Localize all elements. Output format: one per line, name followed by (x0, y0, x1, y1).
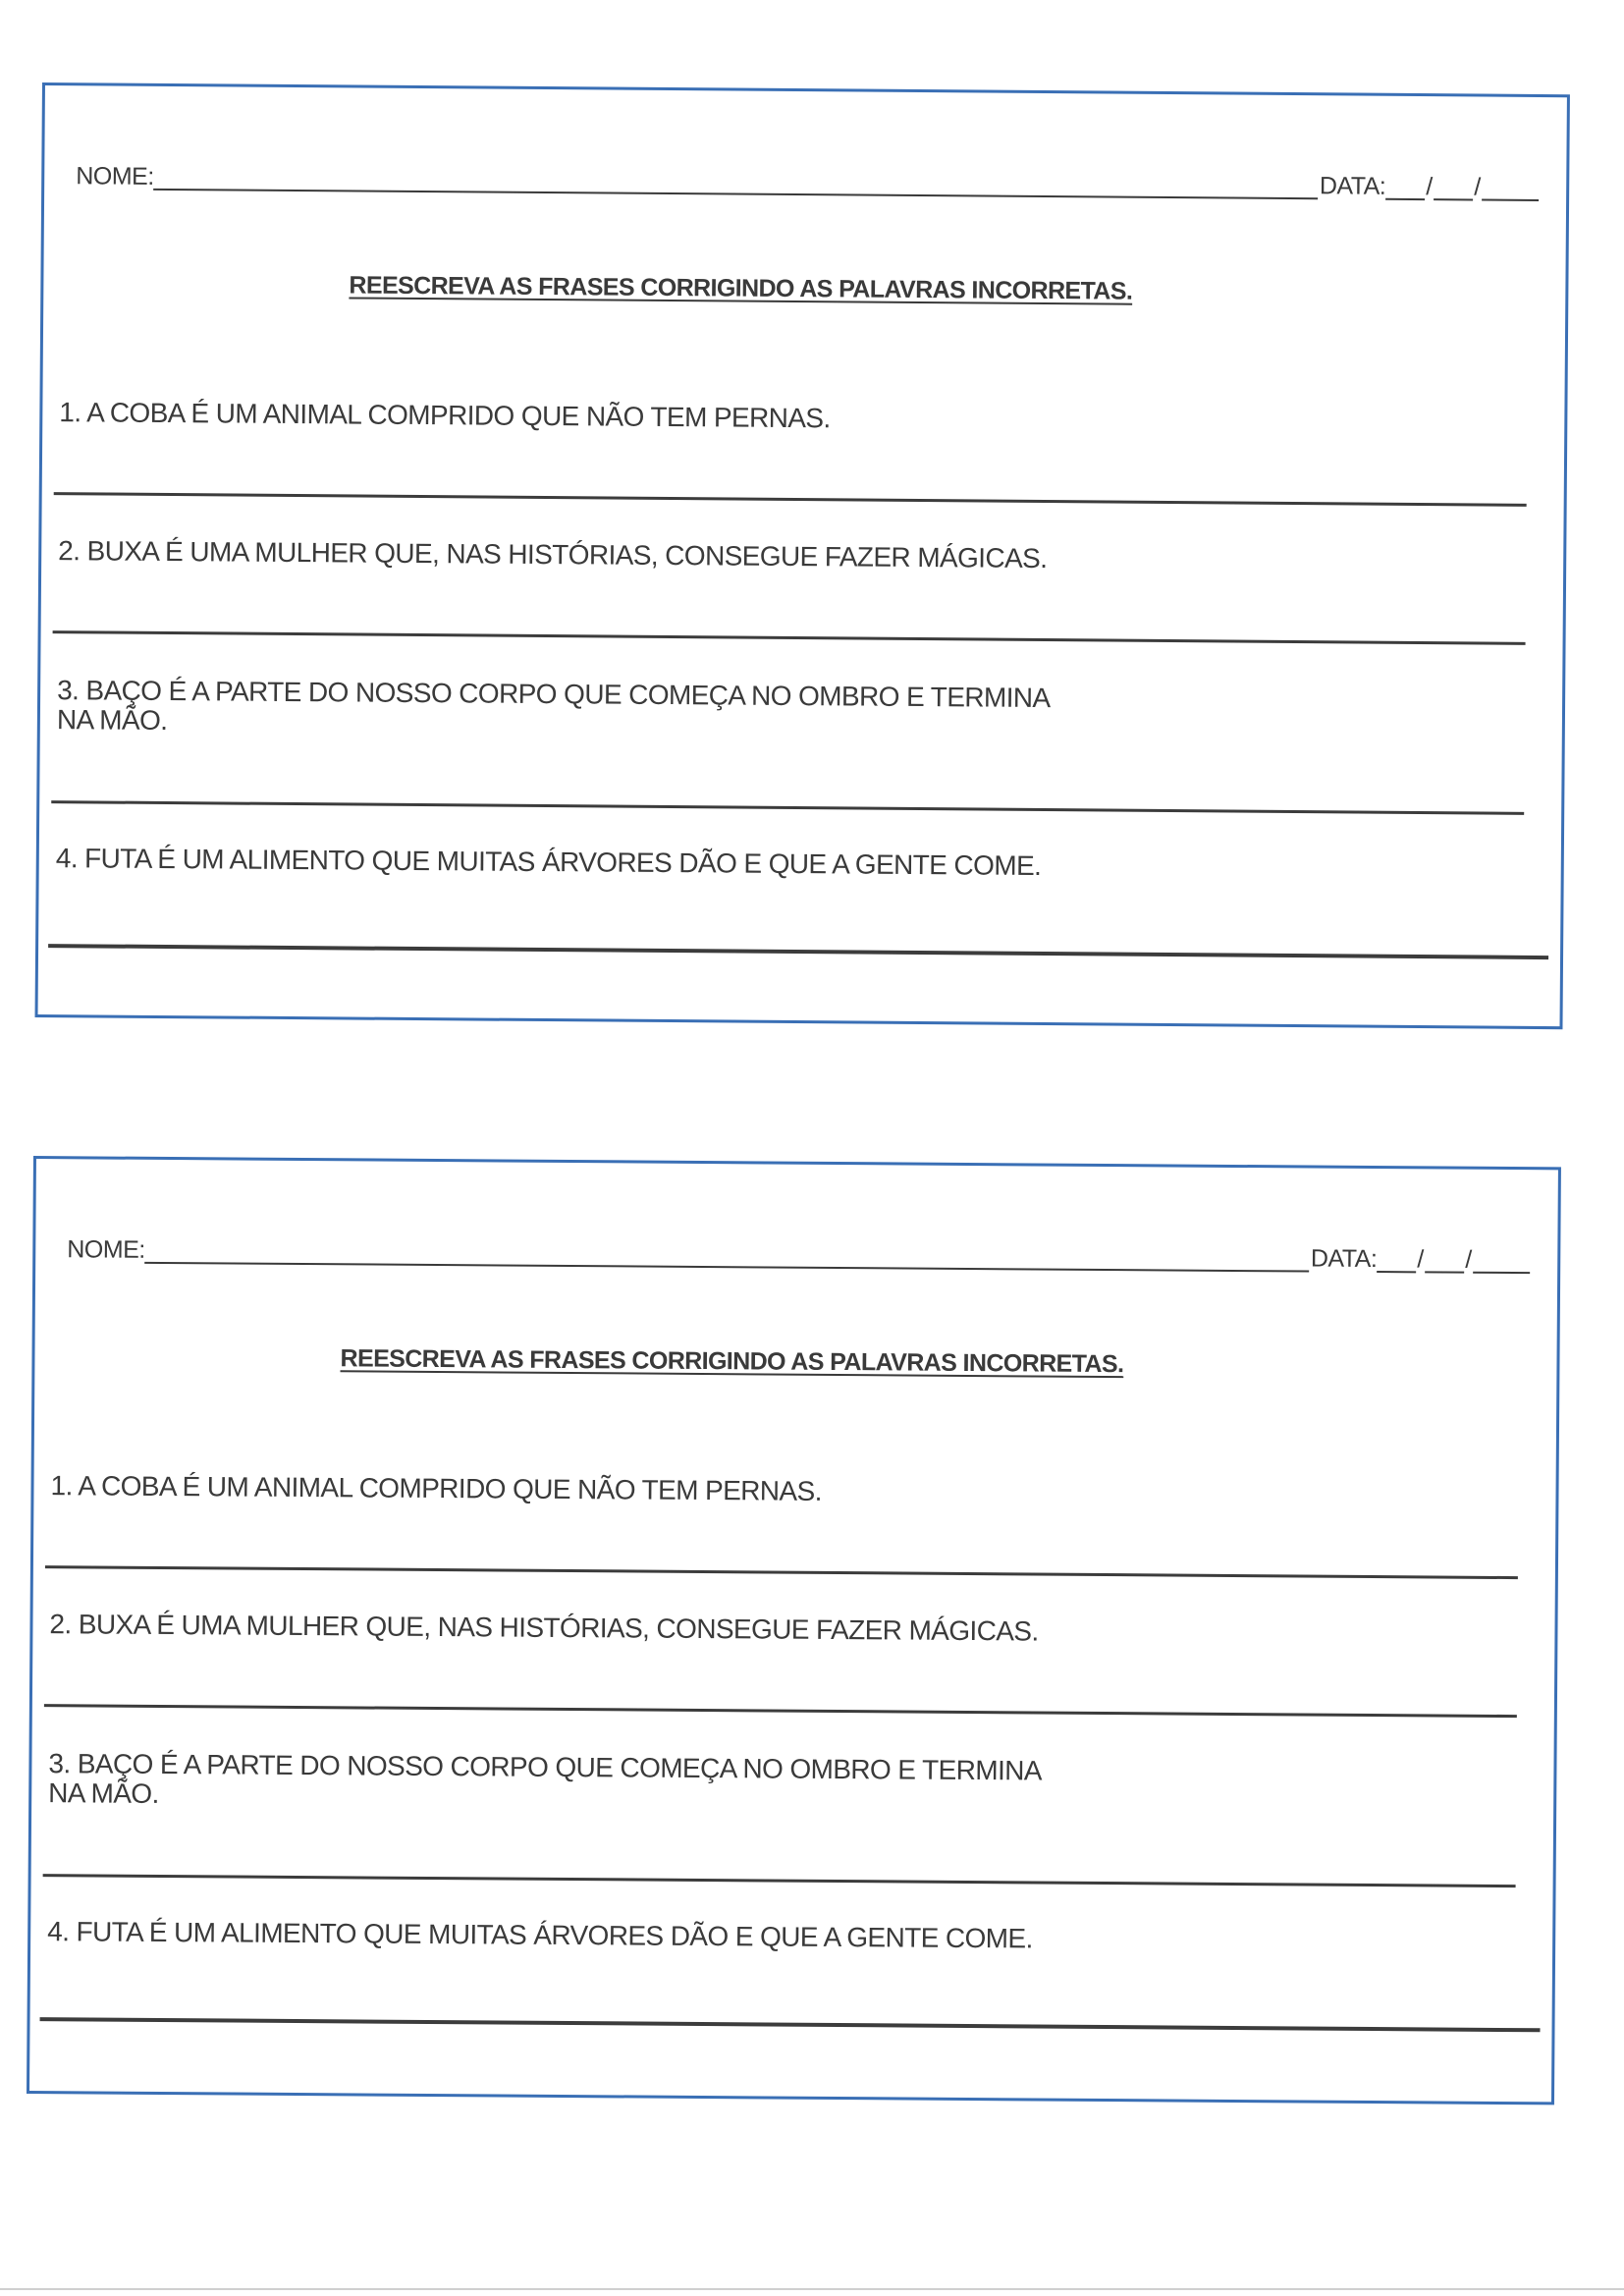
worksheet-2: NOME: DATA: / / REESCREVA AS FRASES CORR… (27, 1156, 1561, 2105)
sentence-item-2: 2. BUXA É UMA MULHER QUE, NAS HISTÓRIAS,… (58, 536, 1236, 574)
answer-line-3[interactable] (43, 1874, 1516, 1887)
date-label: DATA: (1311, 1245, 1378, 1273)
answer-line-1[interactable] (45, 1565, 1518, 1579)
answer-line-1[interactable] (54, 492, 1527, 507)
date-month-field[interactable] (1425, 1249, 1464, 1273)
answer-line-2[interactable] (53, 630, 1526, 645)
date-year-field[interactable] (1473, 1250, 1530, 1274)
sentence-item-4: 4. FUTA É UM ALIMENTO QUE MUITAS ÁRVORES… (47, 1917, 1225, 1955)
date-label: DATA: (1320, 172, 1386, 200)
date-day-field[interactable] (1377, 1249, 1416, 1273)
sentence-item-3: 3. BAÇO É A PARTE DO NOSSO CORPO QUE COM… (57, 676, 1235, 743)
scan-edge-divider (0, 2288, 1624, 2290)
instruction-title: REESCREVA AS FRASES CORRIGINDO AS PALAVR… (43, 269, 1565, 309)
date-separator: / (1425, 173, 1434, 200)
date-separator: / (1473, 173, 1482, 200)
answer-line-3[interactable] (51, 800, 1524, 815)
answer-line-4[interactable] (40, 2017, 1541, 2032)
date-year-field[interactable] (1482, 178, 1539, 201)
sentence-item-4: 4. FUTA É UM ALIMENTO QUE MUITAS ÁRVORES… (56, 844, 1234, 882)
instruction-title: REESCREVA AS FRASES CORRIGINDO AS PALAVR… (34, 1342, 1556, 1382)
name-field[interactable] (154, 167, 1318, 199)
worksheet-1: NOME: DATA: / / REESCREVA AS FRASES CORR… (35, 82, 1570, 1029)
sentence-item-2: 2. BUXA É UMA MULHER QUE, NAS HISTÓRIAS,… (49, 1610, 1227, 1648)
sentence-item-3: 3. BAÇO É A PARTE DO NOSSO CORPO QUE COM… (48, 1749, 1226, 1817)
sentence-item-1: 1. A COBA É UM ANIMAL COMPRIDO QUE NÃO T… (59, 398, 1237, 436)
answer-line-2[interactable] (44, 1704, 1517, 1718)
sentence-item-1: 1. A COBA É UM ANIMAL COMPRIDO QUE NÃO T… (50, 1471, 1228, 1509)
name-date-row: NOME: DATA: / / (67, 1235, 1530, 1274)
date-separator: / (1464, 1246, 1473, 1274)
name-label: NOME: (76, 162, 154, 191)
date-month-field[interactable] (1434, 177, 1473, 200)
name-date-row: NOME: DATA: / / (76, 162, 1539, 201)
answer-line-4[interactable] (48, 944, 1548, 959)
name-label: NOME: (67, 1235, 145, 1264)
date-day-field[interactable] (1385, 177, 1425, 200)
name-field[interactable] (145, 1240, 1309, 1273)
date-separator: / (1416, 1245, 1425, 1273)
